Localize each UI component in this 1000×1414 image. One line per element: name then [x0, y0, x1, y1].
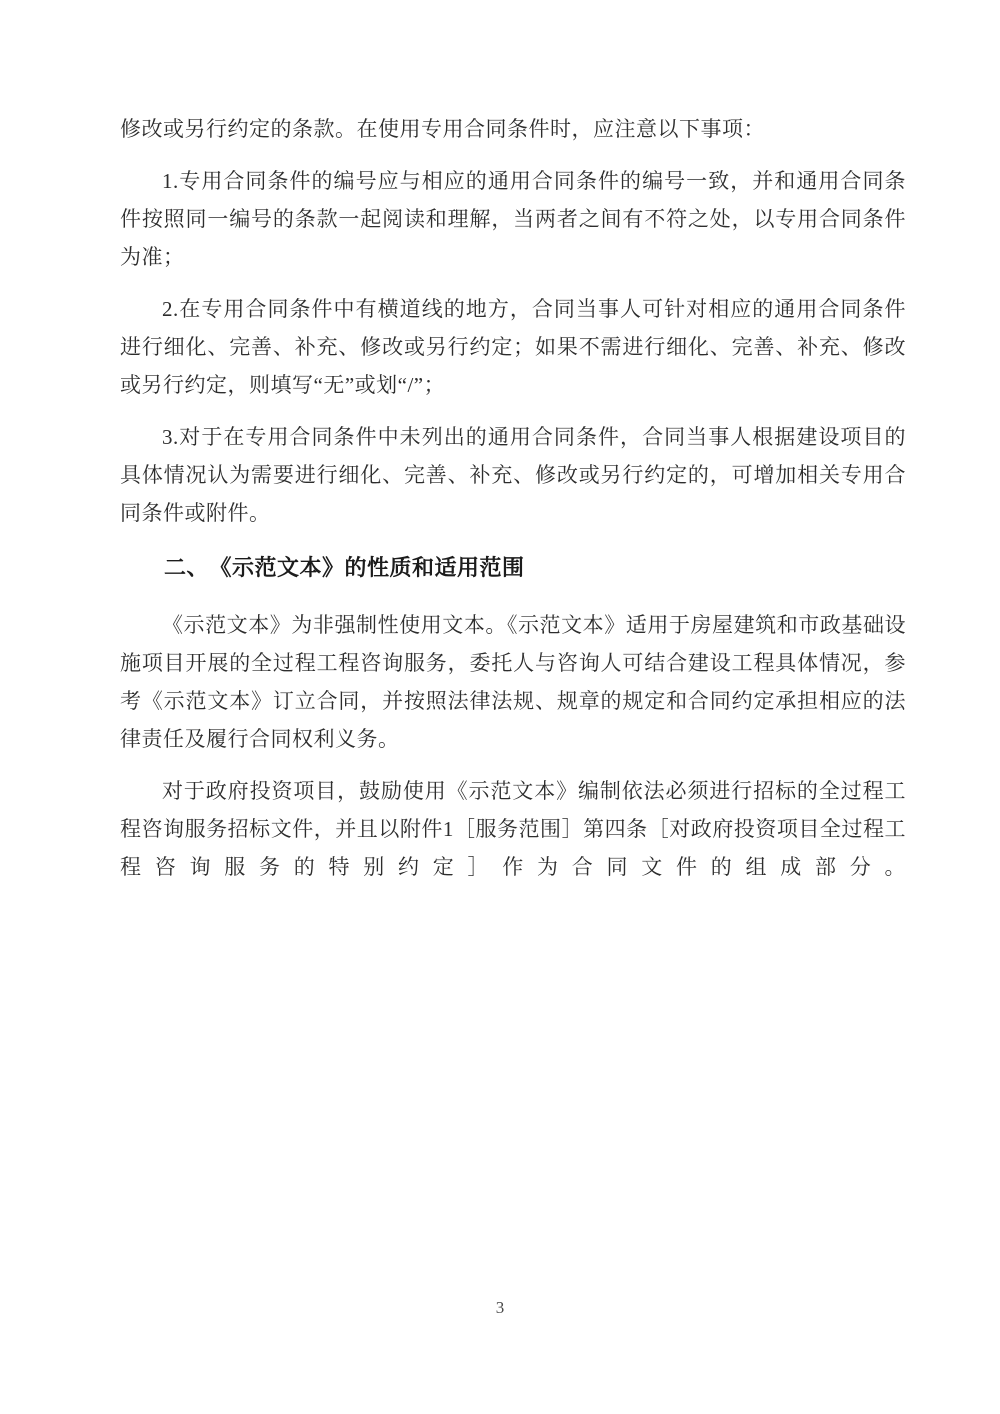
- page-number: 3: [496, 1298, 505, 1317]
- paragraph-item-1: 1.专用合同条件的编号应与相应的通用合同条件的编号一致，并和通用合同条件按照同一…: [120, 162, 906, 276]
- paragraph-intro: 修改或另行约定的条款。在使用专用合同条件时，应注意以下事项：: [120, 110, 906, 148]
- paragraph-government-investment: 对于政府投资项目，鼓励使用《示范文本》编制依法必须进行招标的全过程工程咨询服务招…: [120, 772, 906, 886]
- page-footer: 3: [0, 1298, 1000, 1318]
- paragraph-item-3: 3.对于在专用合同条件中未列出的通用合同条件，合同当事人根据建设项目的具体情况认…: [120, 418, 906, 532]
- section-heading: 二、 《示范文本》的性质和适用范围: [120, 548, 906, 588]
- page-content: 修改或另行约定的条款。在使用专用合同条件时，应注意以下事项： 1.专用合同条件的…: [120, 110, 906, 900]
- paragraph-item-2: 2.在专用合同条件中有横道线的地方，合同当事人可针对相应的通用合同条件进行细化、…: [120, 290, 906, 404]
- document-page: 修改或另行约定的条款。在使用专用合同条件时，应注意以下事项： 1.专用合同条件的…: [0, 0, 1000, 1414]
- paragraph-scope: 《示范文本》为非强制性使用文本。《示范文本》适用于房屋建筑和市政基础设施项目开展…: [120, 606, 906, 758]
